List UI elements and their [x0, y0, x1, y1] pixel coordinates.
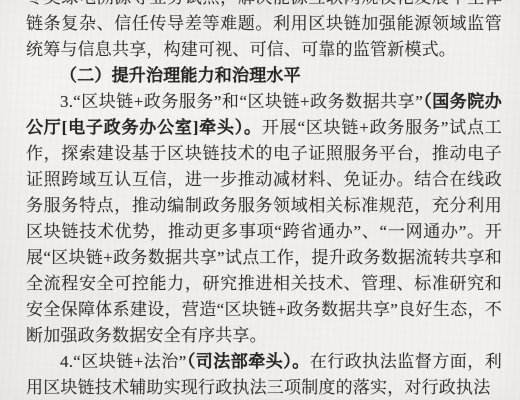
scanned-document-page: 冬奥绿电溯源等业务试点，解决能源互联网规模化发展中主体链条复杂、信任传导差等难题… [0, 0, 520, 400]
section-heading-2: （二）提升治理能力和治理水平 [26, 63, 502, 89]
lead-unit-bold-segment: （二）提升治理能力和治理水平 [60, 66, 301, 85]
document-text-block: 冬奥绿电溯源等业务试点，解决能源互联网规模化发展中主体链条复杂、信任传导差等难题… [26, 0, 502, 400]
text-segment: 3.“区块链+政务服务”和“区块链+政务数据共享” [60, 92, 423, 111]
paragraph-gov-service: 3.“区块链+政务服务”和“区块链+政务数据共享”（国务院办公厅[电子政务办公室… [26, 89, 502, 349]
text-segment: 4.“区块链+法治” [60, 352, 187, 371]
lead-unit-bold-segment: （司法部牵头）。 [187, 352, 310, 371]
paragraph-energy: 冬奥绿电溯源等业务试点，解决能源互联网规模化发展中主体链条复杂、信任传导差等难题… [26, 0, 502, 63]
text-segment: 冬奥绿电溯源等业务试点，解决能源互联网规模化发展中主体链条复杂、信任传导差等难题… [26, 0, 502, 59]
paragraph-rule-of-law: 4.“区块链+法治”（司法部牵头）。在行政执法监督方面，利用区块链技术辅助实现行… [26, 349, 502, 400]
text-segment: 开展“区块链+政务服务”试点工作，探索建设基于区块链技术的电子证照服务平台，推动… [26, 118, 502, 345]
